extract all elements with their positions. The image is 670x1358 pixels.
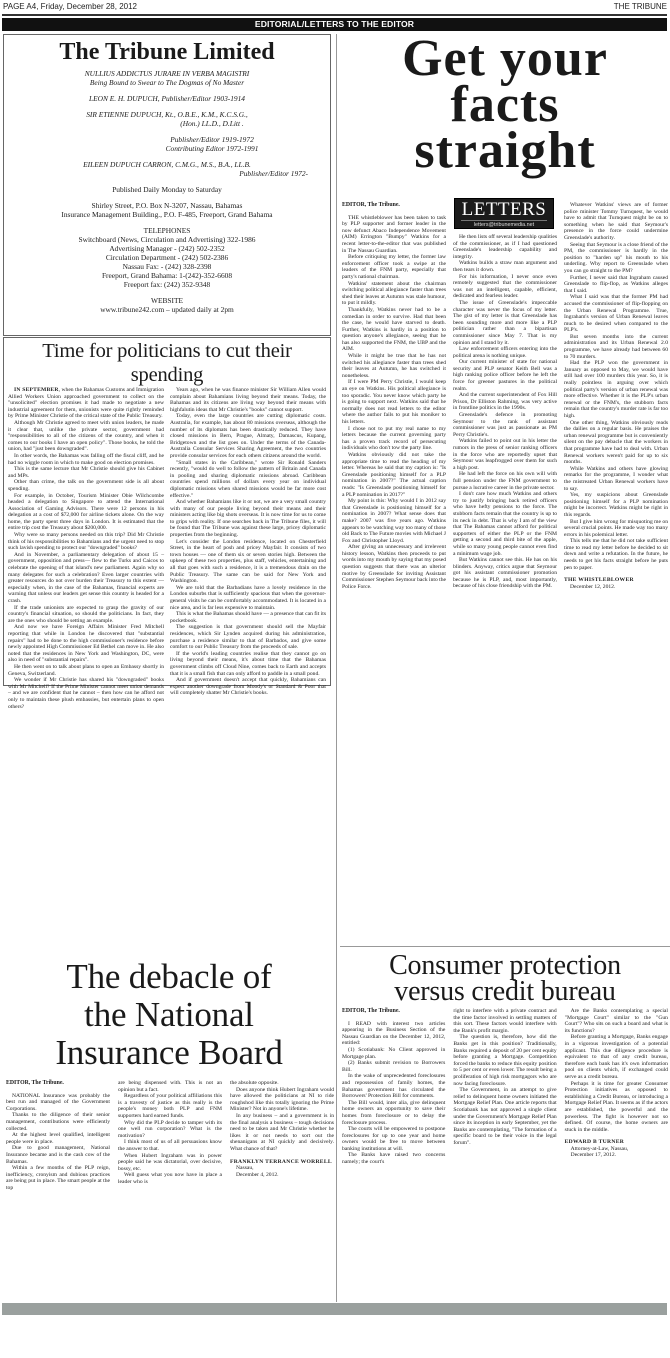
paragraph: And in November, a parliamentary delegat… (8, 552, 164, 605)
letter3-column-1: EDITOR, The Tribune. I READ with interes… (342, 1008, 445, 1166)
paragraph: The question is, therefore, how did the … (453, 1034, 556, 1087)
paragraph: Other than crime, the talk on the govern… (8, 479, 164, 492)
motto-latin: NULLIUS ADDICTUS JURARE IN VERBA MAGISTR… (4, 69, 330, 78)
paragraph: Watkins obviously did not take the appro… (342, 452, 446, 498)
telephone-line: Freeport fax: (242) 352-9348 (4, 280, 330, 289)
letter1-date: December 12, 2012. (564, 584, 668, 591)
letters-badge: LETTERS letters@tribunemedia.net (454, 198, 554, 229)
paragraph: Years ago, when he was finance minister … (170, 387, 326, 413)
paragraph: If the trade unionists are expected to g… (8, 605, 164, 625)
motto-english: Being Bound to Swear to The Dogmas of No… (4, 78, 330, 87)
telephones-heading: TELEPHONES (4, 226, 330, 235)
paragraph: I think most of us of all persuasions kn… (118, 1139, 222, 1152)
paragraph: And whether Bahamians like it or not, we… (170, 499, 326, 539)
address-nassau: Shirley Street, P.O. Box N-3207, Nassau,… (4, 201, 330, 210)
letter2-date: December 4, 2012. (230, 1172, 334, 1179)
paragraph: After giving an unnecessary and irreleve… (342, 544, 446, 590)
paragraph: I READ with interest two articles appear… (342, 1021, 445, 1047)
letter3-body: EDITOR, The Tribune. I READ with interes… (342, 1008, 668, 1166)
paragraph: Although Mr Christie agreed to meet with… (8, 420, 164, 453)
paragraph: Today, even the large countries are cutt… (170, 413, 326, 459)
letter2-headline: The debacle of the National Insurance Bo… (3, 958, 335, 1072)
second-editor-role1: Publisher/Editor 1919-1972 (4, 135, 330, 144)
paragraph: At the highest level qualified, intellig… (6, 1132, 110, 1145)
column-divider (336, 34, 337, 1302)
paragraph: Whatever Watkins' views are of former po… (564, 202, 668, 242)
letter2-body: EDITOR, The Tribune. NATIONAL Insurance … (6, 1080, 334, 1192)
letter2-byline: EDITOR, The Tribune. (6, 1080, 110, 1087)
second-editor-role2: Contributing Editor 1972-1991 (4, 144, 330, 153)
paragraph: Had the PLP won the government in Januar… (564, 360, 668, 419)
paragraph: NATIONAL Insurance was probably the best… (6, 1093, 110, 1113)
third-editor-role: Publisher/Editor 1972- (4, 169, 330, 178)
letter3-byline: EDITOR, The Tribune. (342, 1008, 445, 1015)
paragraph: are being dispensed with. This is not an… (118, 1080, 222, 1093)
paragraph: This tells me that he did not take suffi… (564, 538, 668, 571)
letter3-headline: Consumer protection versus credit bureau (340, 953, 670, 1005)
letter2-column-2: are being dispensed with. This is not an… (118, 1080, 222, 1192)
paragraph: The Government, in an attempt to give re… (453, 1087, 556, 1146)
paragraph: Why did the PLP decide to tamper with it… (118, 1120, 222, 1140)
paragraph: Are the Banks contemplating a special "M… (565, 1008, 668, 1034)
letter1-column-3: Whatever Watkins' views are of former po… (564, 202, 668, 590)
paragraph: But I give him wrong for misquoting me o… (564, 519, 668, 539)
letter3-column-3: Are the Banks contemplating a special "M… (565, 1008, 668, 1166)
letter1-signature: THE WHISTLEBLOWER (564, 577, 668, 584)
telephone-line: Switchboard (News, Circulation and Adver… (4, 235, 330, 244)
paragraph: Before granting a Mortgage, Banks engage… (565, 1034, 668, 1080)
paragraph: Before critiquing my letter, the former … (342, 254, 446, 280)
paragraph: He had left the force on his own will wi… (453, 471, 557, 491)
paragraph: Regardless of your political affiliation… (118, 1093, 222, 1119)
paragraph: The issue of Greenslade's impeccable cha… (453, 300, 557, 346)
website-heading: WEBSITE (4, 296, 330, 305)
paragraph: The Banks have raised two concerns namel… (342, 1152, 445, 1165)
letter2-place: Nassau, (230, 1165, 334, 1172)
letter3-signature: EDWARD B TURNER (565, 1139, 668, 1146)
website-link[interactable]: www.tribune242.com – updated daily at 2p… (4, 305, 330, 314)
page-folio: PAGE A4, Friday, December 28, 2012 THE T… (3, 2, 667, 14)
paragraph: He then lists off several leadership qua… (453, 234, 557, 260)
published-line: Published Daily Monday to Saturday (4, 185, 330, 194)
footer-band (2, 1303, 667, 1315)
letter1-byline: EDITOR, The Tribune. (342, 202, 446, 209)
telephone-line: Circulation Department - (242) 502-2386 (4, 253, 330, 262)
folio-left: PAGE A4, Friday, December 28, 2012 (3, 2, 137, 14)
paragraph: If the world's leading countries realise… (170, 651, 326, 677)
paragraph: Let's consider the London residence, loc… (170, 539, 326, 585)
paragraph: THE whistleblower has been taken to task… (342, 215, 446, 255)
masthead-box: The Tribune Limited NULLIUS ADDICTUS JUR… (3, 34, 331, 336)
editorial-column-2: Years ago, when he was finance minister … (170, 387, 326, 710)
paragraph: Yes, my suspicions about Greenslade posi… (564, 492, 668, 518)
paragraph: For example, in October, Tourism Ministe… (8, 493, 164, 533)
editorial-article: Time for politicians to cut their spendi… (3, 337, 331, 686)
telephone-line: Freeport, Grand Bahama: 1-(242)-352-6608 (4, 271, 330, 280)
editorial-headline: Time for politicians to cut their spendi… (4, 339, 330, 387)
paragraph: The suggestion is that government should… (170, 624, 326, 650)
paragraph: Well guess what you now have in place a … (118, 1172, 222, 1185)
editorial-column-1: IN SEPTEMBER, when the Bahamas Customs a… (8, 387, 164, 710)
paragraph: Watkins builds a straw man argument and … (453, 260, 557, 273)
letter1-headline: Get your facts straight (340, 36, 670, 174)
header-rule (2, 14, 667, 16)
paragraph: This is the same lecture that Mr Christi… (8, 466, 164, 479)
letter3-date: December 17, 2012. (565, 1152, 668, 1159)
paragraph: the absolute opposite. (230, 1080, 334, 1087)
letter2-column-3: the absolute opposite. Does anyone think… (230, 1080, 334, 1192)
paragraph: What I said was that the former PM had a… (564, 294, 668, 334)
paragraph: "Small states in the Caribbean," wrote S… (170, 460, 326, 500)
founder-line: LEON E. H. DUPUCH, Publisher/Editor 1903… (4, 94, 330, 103)
paragraph: But Watkins cannot see this. He has on h… (453, 557, 557, 590)
paragraph: He then went on to talk about plans to o… (8, 664, 164, 677)
paragraph: While Watkins and others have glowing re… (564, 466, 668, 492)
paragraph: While it might be true that he has not s… (342, 353, 446, 379)
masthead-title: The Tribune Limited (4, 39, 330, 65)
letter1-column-2: He then lists off several leadership qua… (453, 234, 557, 590)
paragraph: (1) Scotiabank: No Client approved in Mo… (342, 1047, 445, 1060)
paragraph: The courts will be empowered to postpone… (342, 1126, 445, 1152)
paragraph: Further, I never said that Ingraham caus… (564, 275, 668, 295)
editorial-lead-paragraph: IN SEPTEMBER, when the Bahamas Customs a… (8, 387, 164, 420)
paragraph: But seven months into the current admini… (564, 334, 668, 360)
paragraph: When Hubert Ingraham was in power people… (118, 1153, 222, 1173)
paragraph: Watkins failed to point out in his lette… (453, 438, 557, 471)
paragraph: Thanks to the diligence of their senior … (6, 1112, 110, 1132)
paragraph: Why were so many persons needed on this … (8, 532, 164, 552)
second-editor-line1: SIR ETIENNE DUPUCH, Kt., O.B.E., K.M., K… (4, 110, 330, 119)
paragraph: And now we have Foreign Affairs Minister… (8, 624, 164, 664)
paragraph: And the current superintendent of Fox Hi… (453, 392, 557, 412)
paragraph: In any business – and a government is in… (230, 1113, 334, 1153)
paragraph: Thankfully, Watkins never had to be a co… (342, 307, 446, 353)
letter2-signature: FRANKLYN TERRANCE WORRELL (230, 1159, 334, 1166)
paragraph: Watkins' statement about the chairman sw… (342, 281, 446, 307)
divider (340, 946, 670, 947)
paragraph: I don't care how much Watkins and others… (453, 491, 557, 557)
second-editor-line2: (Hon.) LL.D., D.Litt . (4, 119, 330, 128)
letter1-column-1: EDITOR, The Tribune. THE whistleblower h… (342, 202, 446, 590)
paragraph: For his information, I never once even r… (453, 274, 557, 300)
letter2-column-1: EDITOR, The Tribune. NATIONAL Insurance … (6, 1080, 110, 1192)
letter3-column-2: right to interfere with a private contra… (453, 1008, 556, 1166)
paragraph: This is what the Bahamas should have — a… (170, 611, 326, 624)
third-editor-line: EILEEN DUPUCH CARRON, C.M.G., M.S., B.A.… (4, 160, 330, 169)
address-freeport: Insurance Management Building., P.O. F-4… (4, 210, 330, 219)
paragraph: In other words, the Bahamas was falling … (8, 453, 164, 466)
telephone-line: Nassau Fax: - (242) 328-2398 (4, 262, 330, 271)
letter3-place: Attorney-at-Law, Nassau, (565, 1146, 668, 1153)
paragraph: In the wake of unprecedented foreclosure… (342, 1073, 445, 1099)
paragraph: Law enforcement officers entering into t… (453, 346, 557, 359)
paragraph: We wonder if Mr Christie has shared his … (8, 677, 164, 710)
paragraph: One other thing, Watkins obviously reads… (564, 420, 668, 466)
paragraph: Greenslade's defence in promoting Seymou… (453, 412, 557, 438)
letters-email-link[interactable]: letters@tribunemedia.net (455, 221, 553, 230)
paragraph: Perhaps it is time for greater Consumer … (565, 1081, 668, 1134)
paragraph: The Bill would, inter alia, give delinqu… (342, 1100, 445, 1126)
paragraph: Our current minister of state for nation… (453, 359, 557, 392)
paragraph: Does anyone think Hubert Ingraham would … (230, 1087, 334, 1113)
paragraph: My point is this: Why would I in 2012 sa… (342, 498, 446, 544)
folio-right: THE TRIBUNE (614, 2, 667, 14)
paragraph: And if government doesn't accept that qu… (170, 677, 326, 697)
letters-badge-title: LETTERS (461, 200, 547, 221)
telephone-line: Advertising Manager - (242) 502-2352 (4, 244, 330, 253)
paragraph: Within a few months of the PLP reign, in… (6, 1165, 110, 1191)
paragraph: I chose not to put my real name to my le… (342, 426, 446, 452)
paragraph: Due to good management, National Insuran… (6, 1145, 110, 1165)
paragraph: right to interfere with a private contra… (453, 1008, 556, 1034)
paragraph: If I were PM Perry Christie, I would kee… (342, 379, 446, 425)
paragraph: Seeing that Seymour is a close friend of… (564, 242, 668, 275)
paragraph: We are told that the Barbadians have a l… (170, 585, 326, 611)
paragraph: (2) Banks submit revision to Borrowers B… (342, 1060, 445, 1073)
